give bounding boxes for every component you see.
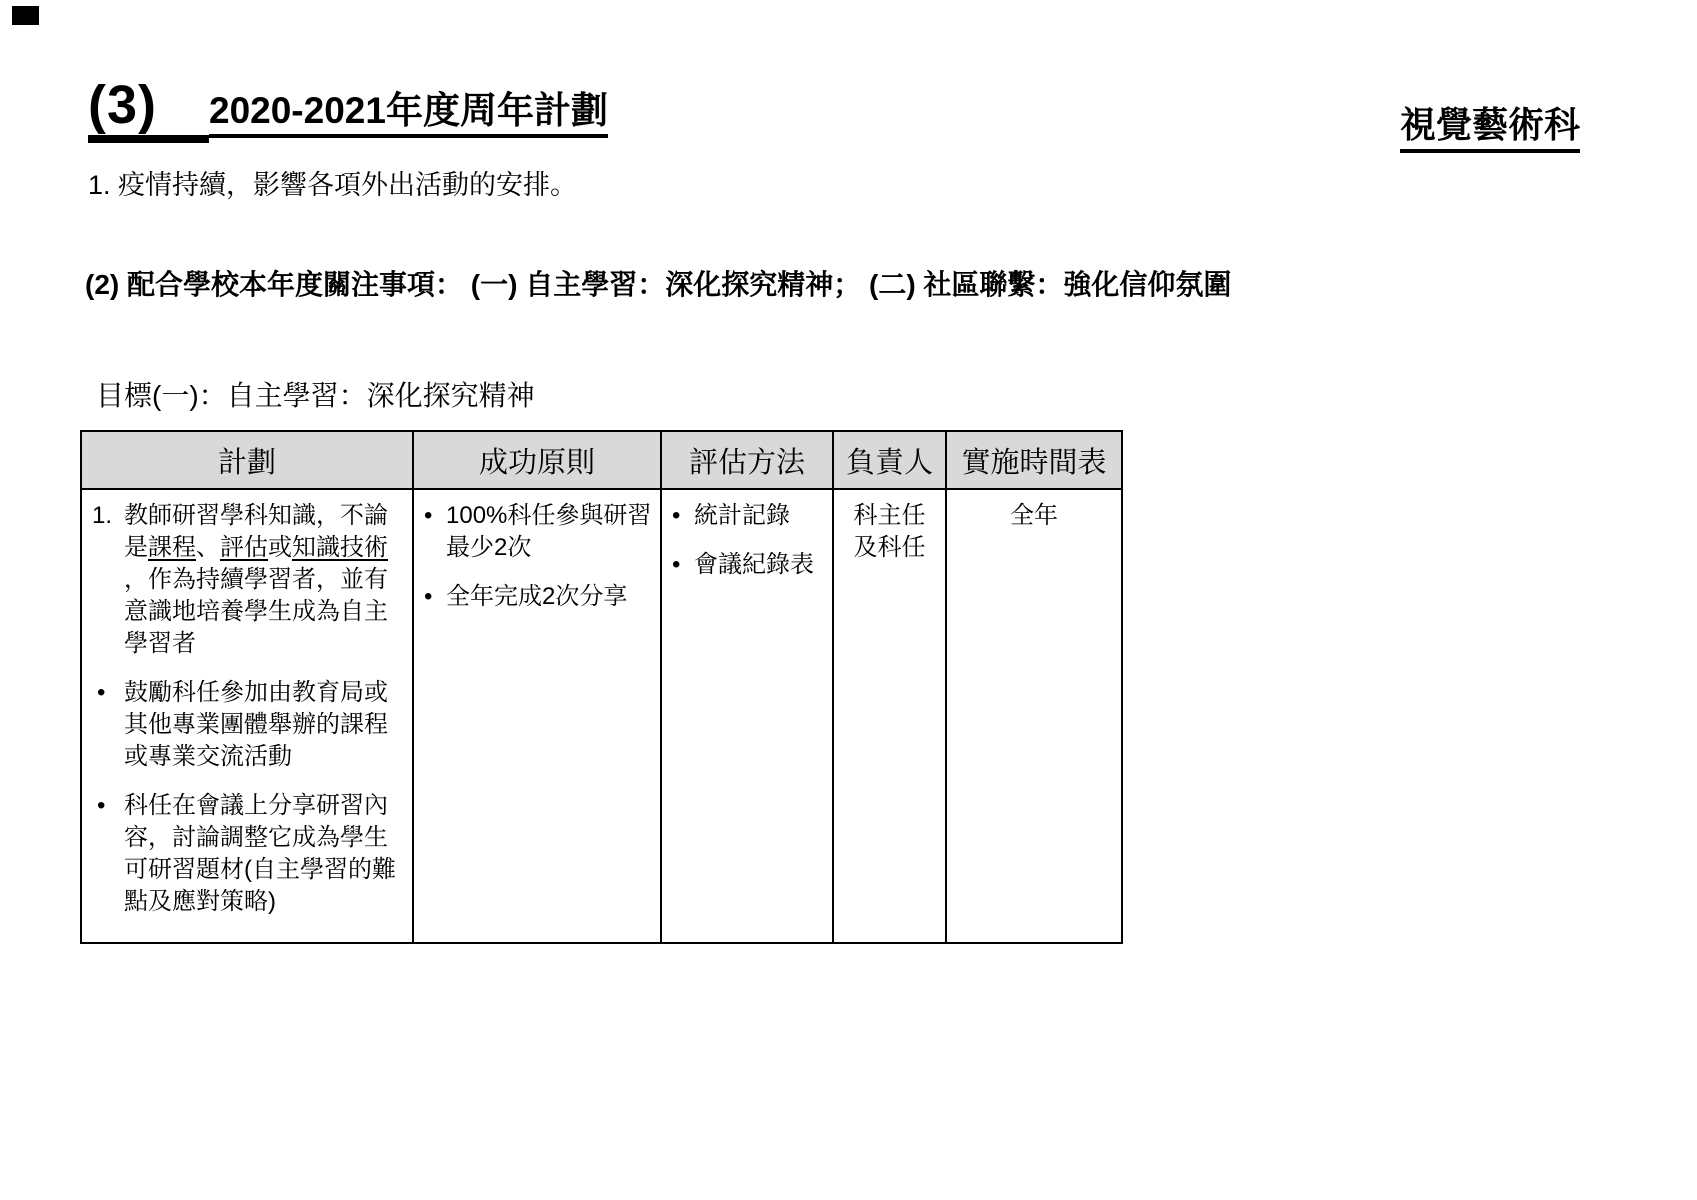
annual-plan-table: 計劃 成功原則 評估方法 負責人 實施時間表 1. 教師研習學科知識，不論是課程… (80, 430, 1123, 944)
table-header-row: 計劃 成功原則 評估方法 負責人 實施時間表 (81, 431, 1122, 489)
table-row: 1. 教師研習學科知識，不論是課程、評估或知識技術，作為持續學習者，並有意識地培… (81, 489, 1122, 943)
header-schedule: 實施時間表 (946, 431, 1122, 489)
cell-success-criteria: • 100%科任參與研習最少2次 • 全年完成2次分享 (413, 489, 661, 943)
header-plan: 計劃 (81, 431, 413, 489)
section-number: (3) (88, 76, 209, 143)
success-bullet-2-text: 全年完成2次分享 (446, 581, 656, 613)
bullet-icon: • (424, 500, 446, 532)
evaluation-bullet-2: • 會議紀錄表 (672, 549, 828, 581)
bullet-icon: • (92, 790, 124, 822)
page-title: 2020-2021年度周年計劃 (209, 90, 608, 138)
plan-bullet-1-text: 鼓勵科任參加由教育局或其他專業團體舉辦的課程或專業交流活動 (124, 677, 408, 773)
plan-item-1: 1. 教師研習學科知識，不論是課程、評估或知識技術，作為持續學習者，並有意識地培… (92, 500, 408, 660)
evaluation-bullet-1-text: 統計記錄 (694, 500, 828, 532)
list-number: 1. (92, 500, 124, 532)
success-bullet-2: • 全年完成2次分享 (424, 581, 656, 613)
success-bullet-1: • 100%科任參與研習最少2次 (424, 500, 656, 564)
document-title-line: (3) 2020-2021年度周年計劃 (88, 76, 608, 143)
cell-responsible: 科主任及科任 (833, 489, 946, 943)
bullet-icon: • (672, 549, 694, 581)
department-title: 視覺藝術科 (1400, 97, 1580, 153)
cell-schedule: 全年 (946, 489, 1122, 943)
bullet-icon: • (92, 677, 124, 709)
schedule-text: 全年 (947, 490, 1121, 532)
plan-bullet-2: • 科任在會議上分享研習內容，討論調整它成為學生可研習題材(自主學習的難點及應對… (92, 790, 408, 918)
header-success-criteria: 成功原則 (413, 431, 661, 489)
header-evaluation-method: 評估方法 (661, 431, 833, 489)
evaluation-bullet-2-text: 會議紀錄表 (694, 549, 828, 581)
success-bullet-1-text: 100%科任參與研習最少2次 (446, 500, 656, 564)
document-page: (3) 2020-2021年度周年計劃 視覺藝術科 1. 疫情持續，影響各項外出… (0, 0, 1697, 1200)
plan-bullet-1: • 鼓勵科任參加由教育局或其他專業團體舉辦的課程或專業交流活動 (92, 677, 408, 773)
scan-artifact-corner (12, 6, 39, 25)
goal-line: 目標(一)：自主學習：深化探究精神 (96, 374, 535, 414)
evaluation-bullet-1: • 統計記錄 (672, 500, 828, 532)
bullet-icon: • (424, 581, 446, 613)
bullet-icon: • (672, 500, 694, 532)
plan-item-1-text: 教師研習學科知識，不論是課程、評估或知識技術，作為持續學習者，並有意識地培養學生… (124, 500, 408, 660)
school-focus-line: (2) 配合學校本年度關注事項： (一) 自主學習：深化探究精神； (二) 社區… (85, 263, 1231, 303)
plan-bullet-2-text: 科任在會議上分享研習內容，討論調整它成為學生可研習題材(自主學習的難點及應對策略… (124, 790, 408, 918)
header-responsible: 負責人 (833, 431, 946, 489)
responsible-text: 科主任及科任 (834, 490, 945, 564)
cell-evaluation-method: • 統計記錄 • 會議紀錄表 (661, 489, 833, 943)
cell-plan: 1. 教師研習學科知識，不論是課程、評估或知識技術，作為持續學習者，並有意識地培… (81, 489, 413, 943)
remark-line: 1. 疫情持續，影響各項外出活動的安排。 (88, 163, 577, 202)
